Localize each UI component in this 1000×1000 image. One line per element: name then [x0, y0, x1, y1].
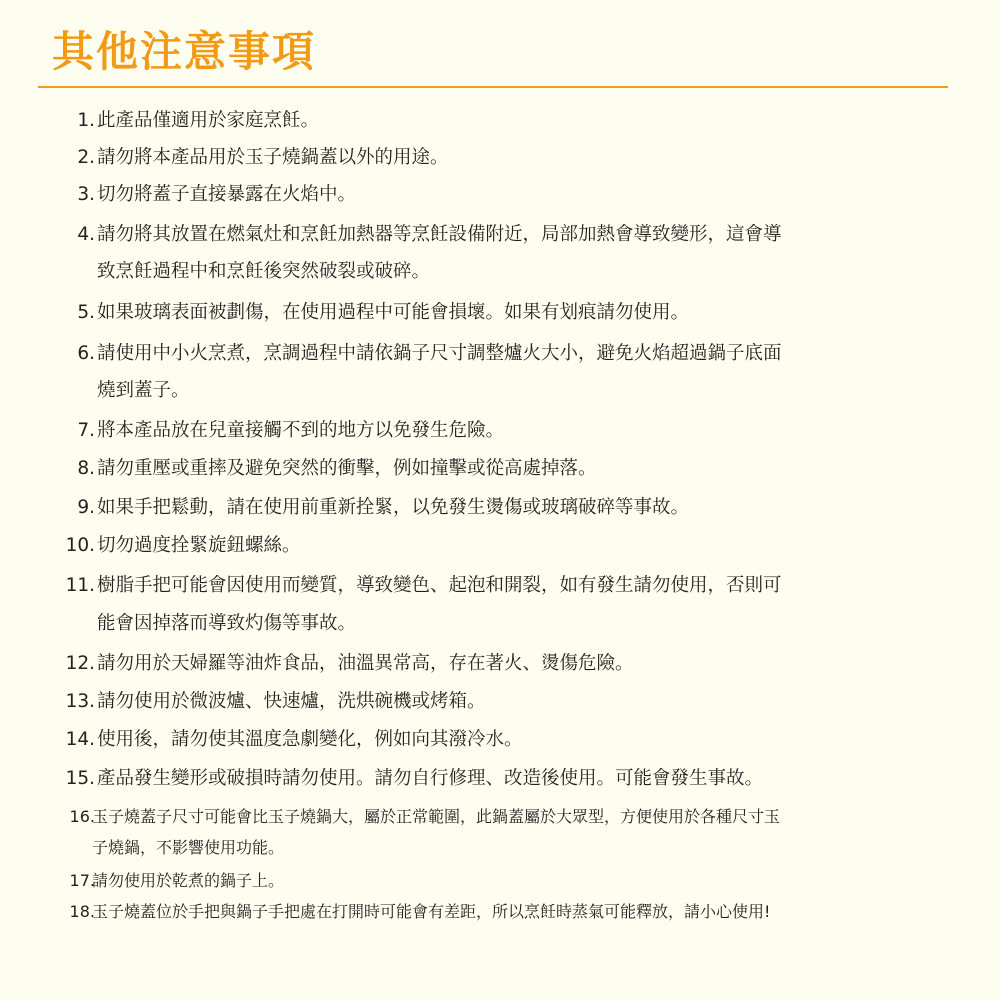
note-text: 樹脂手把可能會因使用而變質，導致變色、起泡和開裂，如有發生請勿使用，否則可: [97, 567, 937, 604]
note-text: 產品發生變形或破損時請勿使用。請勿自行修理、改造後使用。可能會發生事故。: [97, 760, 937, 797]
note-number: 13.: [66, 683, 95, 720]
note-text: 請勿將本產品用於玉子燒鍋蓋以外的用途。: [97, 139, 937, 176]
note-text-continued: 子燒鍋，不影響使用功能。: [92, 833, 942, 862]
note-number: 14.: [66, 721, 95, 758]
note-text: 此產品僅適用於家庭烹飪。: [97, 102, 937, 139]
note-number: 8.: [77, 450, 95, 487]
note-text: 如果手把鬆動，請在使用前重新拴緊，以免發生燙傷或玻璃破碎等事故。: [97, 489, 937, 526]
note-number: 15.: [66, 760, 95, 797]
note-text: 使用後，請勿使其溫度急劇變化，例如向其潑冷水。: [97, 721, 937, 758]
note-text: 如果玻璃表面被劃傷，在使用過程中可能會損壞。如果有划痕請勿使用。: [97, 294, 937, 331]
note-text: 請勿使用於乾煮的鍋子上。: [92, 866, 942, 895]
note-number: 7.: [77, 412, 95, 449]
title-divider: [38, 86, 948, 88]
note-number: 5.: [77, 294, 95, 331]
note-text: 切勿將蓋子直接暴露在火焰中。: [97, 176, 937, 213]
note-text: 玉子燒蓋位於手把與鍋子手把處在打開時可能會有差距，所以烹飪時蒸氣可能釋放，請小心…: [92, 897, 942, 926]
page-title: 其他注意事項: [52, 22, 316, 82]
note-number: 11.: [66, 567, 95, 604]
note-text: 切勿過度拴緊旋鈕螺絲。: [97, 527, 937, 564]
note-text-continued: 能會因掉落而導致灼傷等事故。: [97, 605, 937, 642]
note-text: 將本產品放在兒童接觸不到的地方以免發生危險。: [97, 412, 937, 449]
note-number: 4.: [77, 216, 95, 253]
note-number: 9.: [77, 489, 95, 526]
note-text: 請勿重壓或重摔及避免突然的衝擊，例如撞擊或從高處掉落。: [97, 450, 937, 487]
note-number: 1.: [77, 102, 95, 139]
note-text: 請勿用於天婦羅等油炸食品，油溫異常高，存在著火、燙傷危險。: [97, 645, 937, 682]
note-text: 請勿將其放置在燃氣灶和烹飪加熱器等烹飪設備附近，局部加熱會導致變形，這會導: [97, 216, 937, 253]
note-text: 請使用中小火烹煮，烹調過程中請依鍋子尺寸調整爐火大小，避免火焰超過鍋子底面: [97, 335, 937, 372]
note-text-continued: 燒到蓋子。: [97, 372, 937, 409]
note-text: 玉子燒蓋子尺寸可能會比玉子燒鍋大，屬於正常範圍，此鍋蓋屬於大眾型，方便使用於各種…: [92, 802, 942, 831]
note-number: 3.: [77, 176, 95, 213]
note-number: 6.: [77, 335, 95, 372]
note-text-continued: 致烹飪過程中和烹飪後突然破裂或破碎。: [97, 253, 937, 290]
note-number: 2.: [77, 139, 95, 176]
note-number: 10.: [66, 527, 95, 564]
note-number: 12.: [66, 645, 95, 682]
note-text: 請勿使用於微波爐、快速爐，洗烘碗機或烤箱。: [97, 683, 937, 720]
